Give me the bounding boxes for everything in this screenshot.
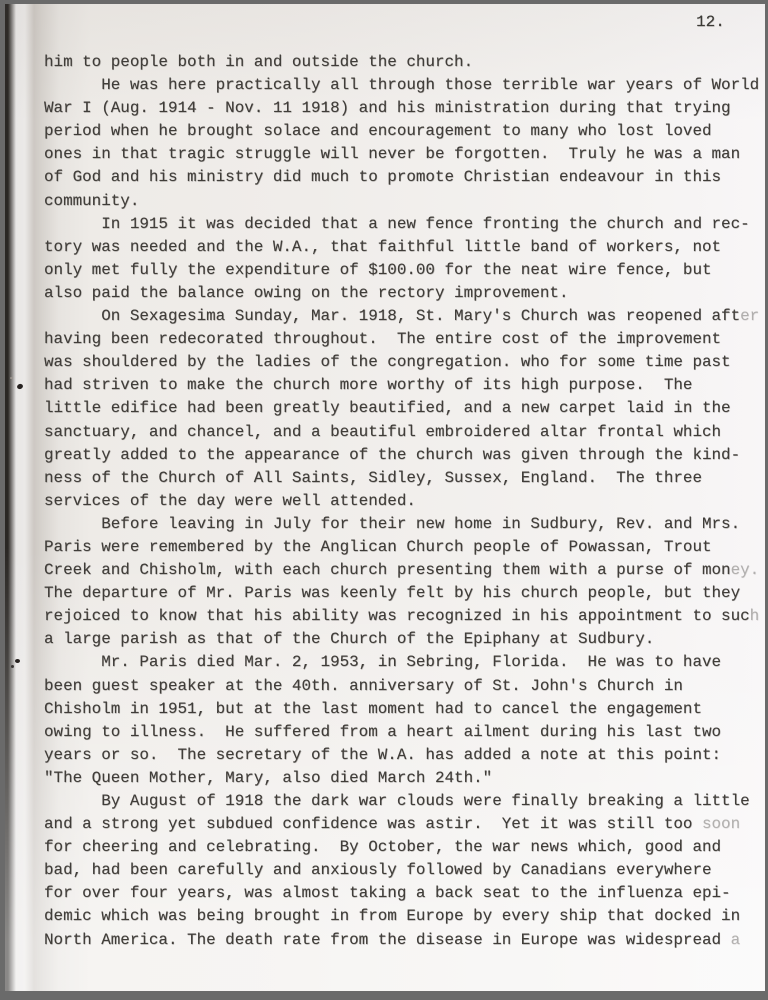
text-line: By August of 1918 the dark war clouds we… xyxy=(44,790,759,813)
text-line: Chisholm in 1951, but at the last moment… xyxy=(44,698,759,721)
text-line: Mr. Paris died Mar. 2, 1953, in Sebring,… xyxy=(44,651,759,674)
text-line: He was here practically all through thos… xyxy=(44,74,759,97)
text-line: rejoiced to know that his ability was re… xyxy=(44,605,759,628)
text-line: community. xyxy=(44,190,759,213)
text-line: a large parish as that of the Church of … xyxy=(44,628,759,651)
text-line: sanctuary, and chancel, and a beautiful … xyxy=(44,421,759,444)
text-line: services of the day were well attended. xyxy=(44,490,759,513)
text-line: The departure of Mr. Paris was keenly fe… xyxy=(44,582,759,605)
text-line: North America. The death rate from the d… xyxy=(44,929,759,952)
text-line: Creek and Chisholm, with each church pre… xyxy=(44,559,759,582)
text-line: for over four years, was almost taking a… xyxy=(44,882,759,905)
ink-speck xyxy=(10,377,13,379)
text-line: bad, had been carefully and anxiously fo… xyxy=(44,859,759,882)
text-line: of God and his ministry did much to prom… xyxy=(44,166,759,189)
text-line: period when he brought solace and encour… xyxy=(44,120,759,143)
document-text: him to people both in and outside the ch… xyxy=(44,51,759,952)
text-line: and a strong yet subdued confidence was … xyxy=(44,813,759,836)
text-line: War I (Aug. 1914 - Nov. 11 1918) and his… xyxy=(44,97,759,120)
text-line: ones in that tragic struggle will never … xyxy=(44,143,759,166)
page-number: 12. xyxy=(696,13,725,31)
text-line: years or so. The secretary of the W.A. h… xyxy=(44,744,759,767)
text-line: "The Queen Mother, Mary, also died March… xyxy=(44,767,759,790)
text-line: was shouldered by the ladies of the cong… xyxy=(44,351,759,374)
text-line: having been redecorated throughout. The … xyxy=(44,328,759,351)
text-line: Before leaving in July for their new hom… xyxy=(44,513,759,536)
text-line: him to people both in and outside the ch… xyxy=(44,51,759,74)
text-line: On Sexagesima Sunday, Mar. 1918, St. Mar… xyxy=(44,305,759,328)
text-line: ness of the Church of All Saints, Sidley… xyxy=(44,467,759,490)
ink-speck xyxy=(15,659,20,663)
text-line: owing to illness. He suffered from a hea… xyxy=(44,721,759,744)
text-line: for cheering and celebrating. By October… xyxy=(44,836,759,859)
scanned-page: 12. him to people both in and outside th… xyxy=(0,0,768,1000)
text-line: had striven to make the church more wort… xyxy=(44,374,759,397)
text-line: demic which was being brought in from Eu… xyxy=(44,905,759,928)
ink-speck xyxy=(11,665,14,668)
text-line: only met fully the expenditure of $100.0… xyxy=(44,259,759,282)
text-line: tory was needed and the W.A., that faith… xyxy=(44,236,759,259)
text-line: little edifice had been greatly beautifi… xyxy=(44,397,759,420)
text-line: been guest speaker at the 40th. annivers… xyxy=(44,675,759,698)
text-line: Paris were remembered by the Anglican Ch… xyxy=(44,536,759,559)
text-line: In 1915 it was decided that a new fence … xyxy=(44,213,759,236)
text-line: greatly added to the appearance of the c… xyxy=(44,444,759,467)
text-line: also paid the balance owing on the recto… xyxy=(44,282,759,305)
